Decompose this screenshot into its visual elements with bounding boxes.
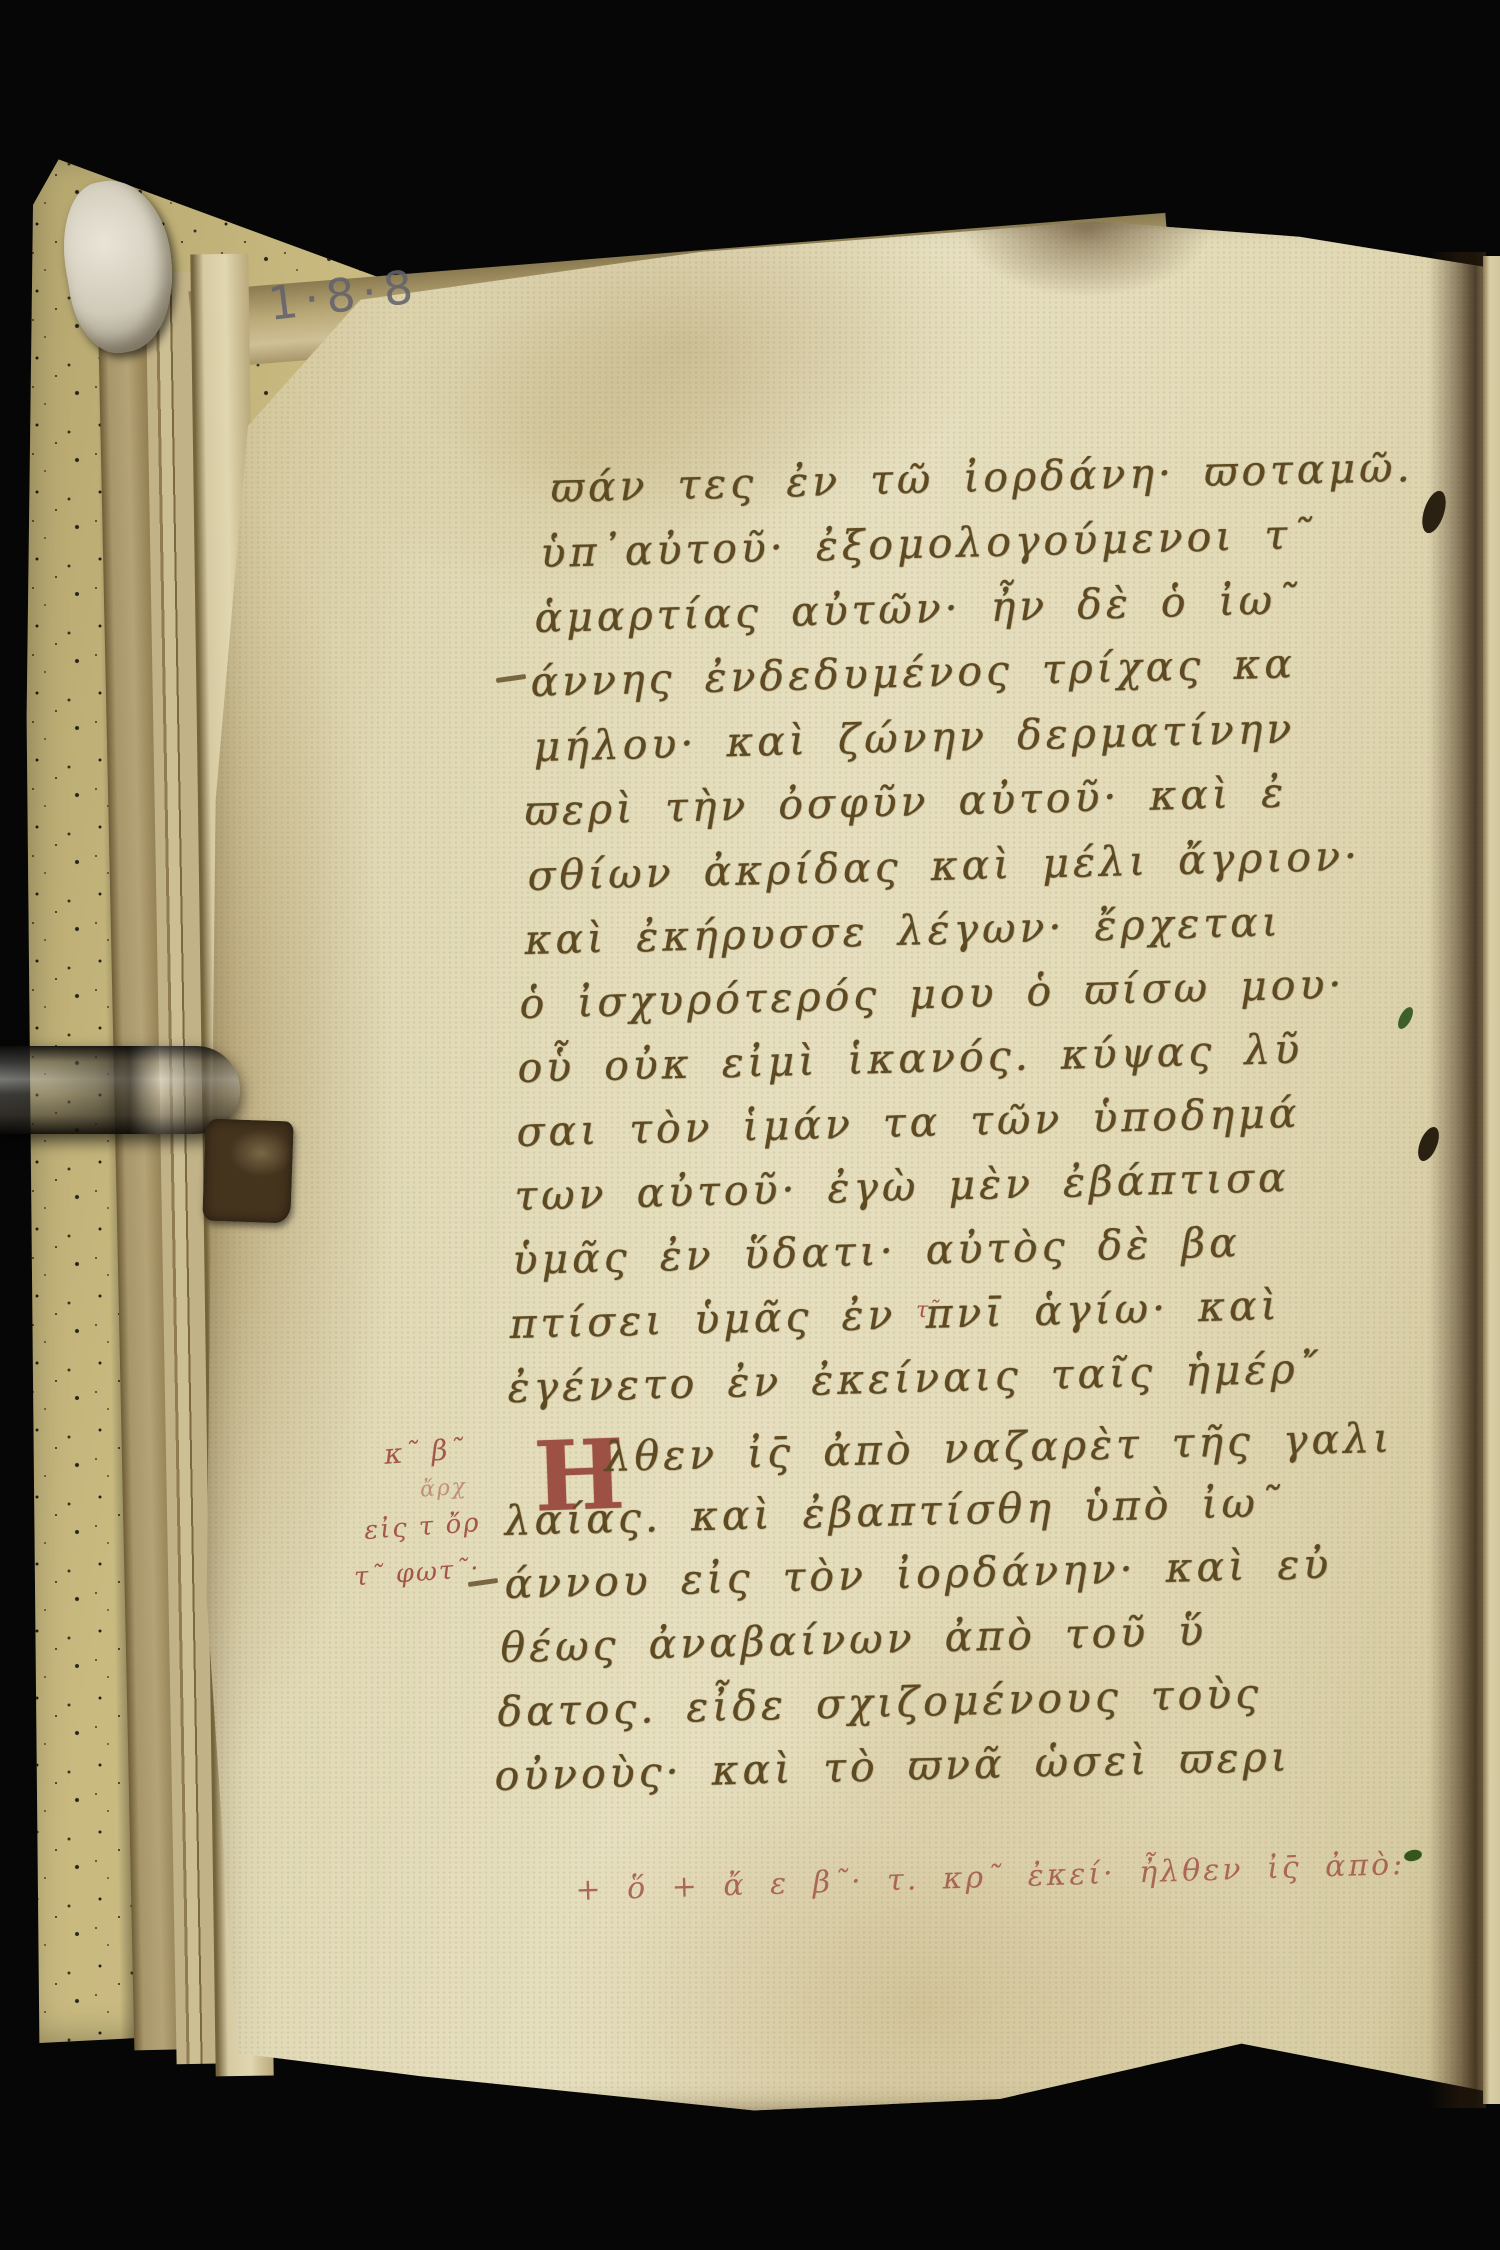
gutter-shadow [1428, 252, 1486, 2108]
leather-clasp-remnant [202, 1118, 294, 1223]
facing-page-sliver [1483, 256, 1500, 2104]
margin-note-chapter: κ῀ β῀ [383, 1435, 466, 1469]
glass-rod-weight [0, 1046, 240, 1134]
margin-note-lection: εἰς τ ὄρ [363, 1510, 481, 1544]
manuscript-photo: 1·8·8 ϖάν τες ἐν τῶ ἰορδάνη· ϖοταμῶ. ὑπ᾽… [0, 0, 1500, 2250]
margin-note-faded: ἄρχ [419, 1476, 468, 1501]
